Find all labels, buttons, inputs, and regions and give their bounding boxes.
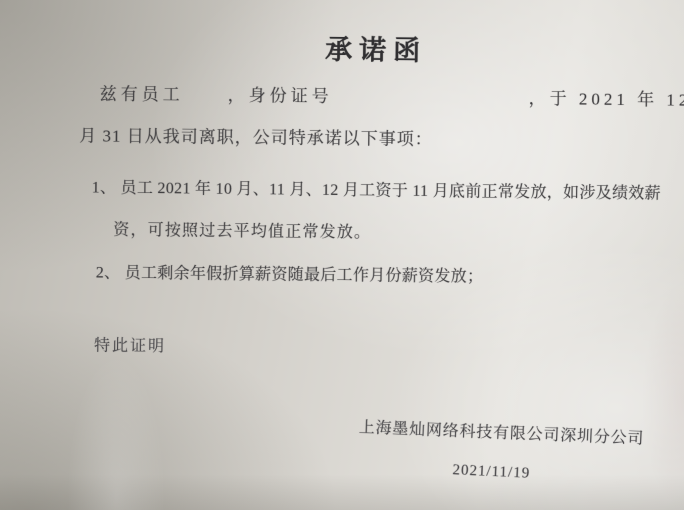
commitment-item-1-line-1: 1、 员工 2021 年 10 月、11 月、12 月工资于 11 月底前正常发… <box>92 174 661 203</box>
blank-id-number <box>333 101 529 104</box>
commitment-item-2: 2、 员工剩余年假折算薪资随最后工作月份薪资发放； <box>96 259 484 286</box>
closing-statement: 特此证明 <box>94 332 166 356</box>
intro-line-1: 兹有员工，身份证号，于 2021 年 12 <box>100 79 684 110</box>
company-signature: 上海墨灿网络科技有限公司深圳分公司 <box>358 414 644 448</box>
document-title: 承诺函 <box>325 28 427 68</box>
commitment-item-1-line-2: 资，可按照过去平均值正常发放。 <box>113 217 371 243</box>
signature-date: 2021/11/19 <box>452 462 530 483</box>
blank-employee-name <box>184 99 228 100</box>
paper-sheet: 承诺函 兹有员工，身份证号，于 2021 年 12 月 31 日从我司离职，公司… <box>0 0 684 510</box>
intro-id-label: ，身份证号 <box>228 86 333 106</box>
intro-line-2: 月 31 日从我司离职，公司特承诺以下事项： <box>79 121 433 150</box>
intro-employee-label: 兹有员工 <box>100 84 184 104</box>
intro-date-part: ，于 2021 年 12 <box>529 89 684 110</box>
document-photo: 承诺函 兹有员工，身份证号，于 2021 年 12 月 31 日从我司离职，公司… <box>0 0 684 510</box>
